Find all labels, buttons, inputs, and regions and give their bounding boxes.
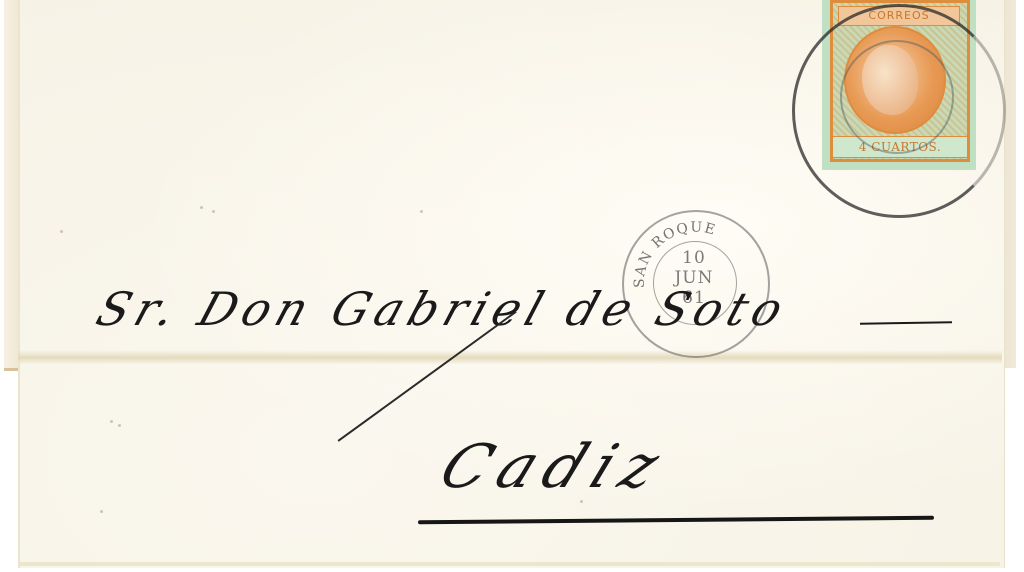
stamp-cancel-inner-ring xyxy=(840,40,954,154)
bottom-edge xyxy=(20,562,1000,566)
datestamp-day: 10 xyxy=(653,248,735,268)
fold-crease xyxy=(18,350,1002,364)
addressee-name: Sr. Don Gabriel de Soto xyxy=(90,282,796,336)
destination-city: Cadiz xyxy=(430,432,679,502)
